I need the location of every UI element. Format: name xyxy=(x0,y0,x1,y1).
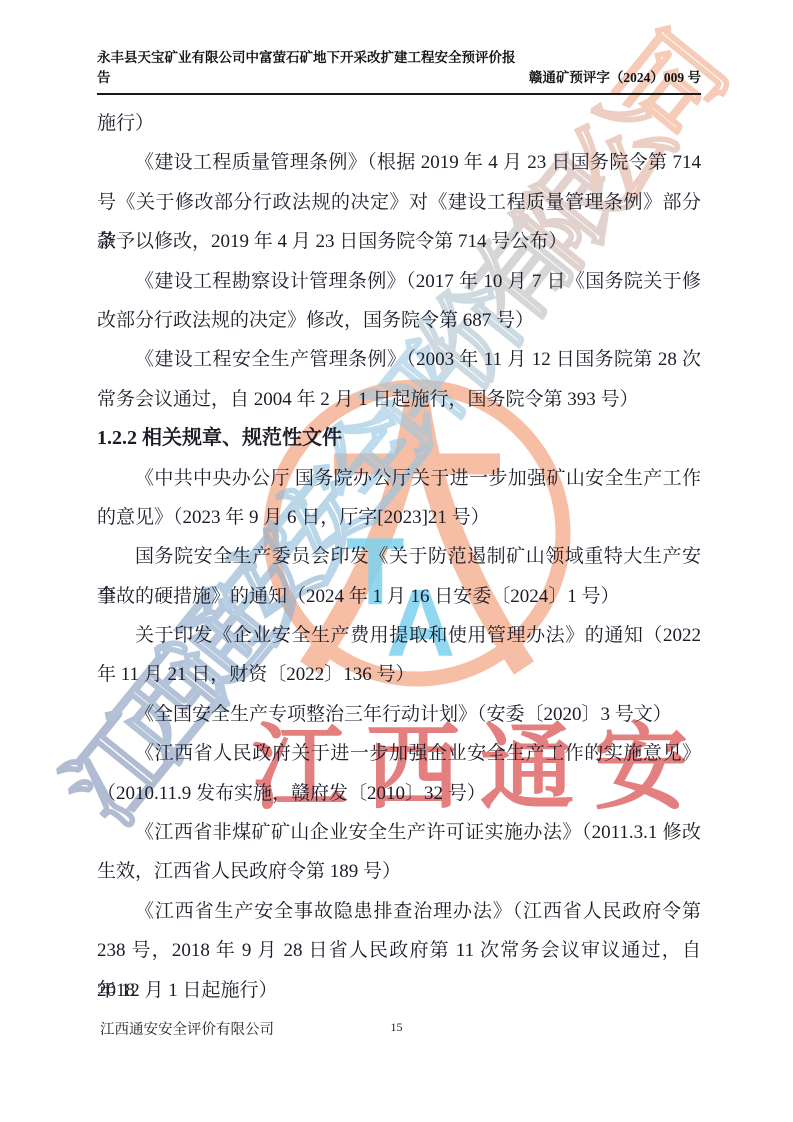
section-heading: 1.2.2 相关规章、规范性文件 xyxy=(97,419,701,458)
body-line: 事故的硬措施》的通知（2024 年 1 月 16 日安委〔2024〕1 号） xyxy=(97,577,701,616)
body-line: 《中共中央办公厅 国务院办公厅关于进一步加强矿山安全生产工作 xyxy=(97,459,701,498)
body-line: （2010.11.9 发布实施，赣府发〔2010〕32 号） xyxy=(97,774,701,813)
body-line: 的意见》（2023 年 9 月 6 日，厅字[2023]21 号） xyxy=(97,498,701,537)
document-number: 赣通矿预评字（2024）009 号 xyxy=(529,66,701,86)
body-line: 常务会议通过，自 2004 年 2 月 1 日起施行，国务院令第 393 号） xyxy=(97,380,701,419)
body-line: 《建设工程质量管理条例》（根据 2019 年 4 月 23 日国务院令第 714 xyxy=(97,143,701,182)
body-line: 施行） xyxy=(97,104,701,143)
body-line: 改部分行政法规的决定》修改，国务院令第 687 号） xyxy=(97,301,701,340)
body-line: 《江西省生产安全事故隐患排查治理办法》（江西省人民政府令第 xyxy=(97,892,701,931)
body-line: 款予以修改，2019 年 4 月 23 日国务院令第 714 号公布） xyxy=(97,222,701,261)
body-line: 年 12 月 1 日起施行） xyxy=(97,971,701,1010)
body-line: 关于印发《企业安全生产费用提取和使用管理办法》的通知（2022 xyxy=(97,616,701,655)
body-line: 《江西省非煤矿矿山企业安全生产许可证实施办法》（2011.3.1 修改 xyxy=(97,813,701,852)
body-line: 国务院安全生产委员会印发《关于防范遏制矿山领域重特大生产安全 xyxy=(97,537,701,576)
body-line: 年 11 月 21 日，财资〔2022〕136 号） xyxy=(97,655,701,694)
document-body: 施行） 《建设工程质量管理条例》（根据 2019 年 4 月 23 日国务院令第… xyxy=(97,104,701,1010)
page-header: 永丰县天宝矿业有限公司中富萤石矿地下开采改扩建工程安全预评价报告 赣通矿预评字（… xyxy=(97,46,701,95)
body-line: 《建设工程勘察设计管理条例》（2017 年 10 月 7 日《国务院关于修 xyxy=(97,262,701,301)
document-page: T A 江西通安安全评价有限公司 江西通安 永丰县天宝矿业有限公司中富萤石矿地下… xyxy=(0,0,793,1122)
body-line: 生效，江西省人民政府令第 189 号） xyxy=(97,852,701,891)
body-line: 《全国安全生产专项整治三年行动计划》（安委〔2020〕3 号文） xyxy=(97,695,701,734)
page-number: 15 xyxy=(0,1020,793,1035)
report-title: 永丰县天宝矿业有限公司中富萤石矿地下开采改扩建工程安全预评价报告 xyxy=(97,46,529,86)
body-line: 238 号，2018 年 9 月 28 日省人民政府第 11 次常务会议审议通过… xyxy=(97,931,701,970)
body-line: 《建设工程安全生产管理条例》（2003 年 11 月 12 日国务院第 28 次 xyxy=(97,340,701,379)
body-line: 号《关于修改部分行政法规的决定》对《建设工程质量管理条例》部分条 xyxy=(97,183,701,222)
body-line: 《江西省人民政府关于进一步加强企业安全生产工作的实施意见》 xyxy=(97,734,701,773)
